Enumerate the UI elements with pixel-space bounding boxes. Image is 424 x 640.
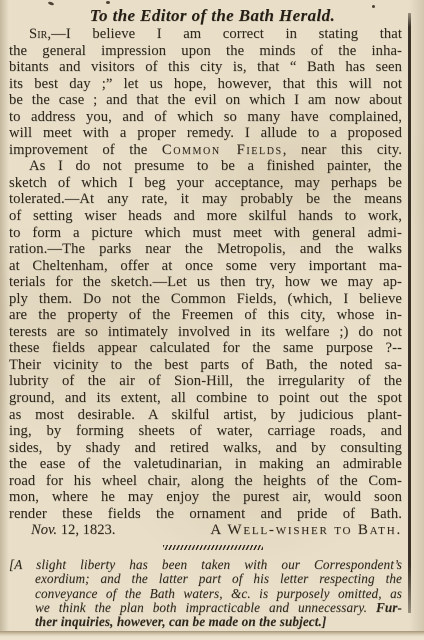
letter-line: be the case ; and that the evil on which… [9, 92, 402, 109]
letter-line: sketch of which I beg your acceptance, m… [9, 175, 402, 192]
editor-note-line: ther inquiries, however, can be made on … [9, 615, 402, 629]
letter-line: bitants and visitors of this city is, th… [9, 59, 402, 76]
letter-line: improvement of the Common Fields, near t… [9, 142, 402, 159]
paper-edge-bottom [0, 631, 424, 640]
editor-note-line: conveyance of the Bath waters, &c. is pu… [9, 587, 402, 601]
letter-body: Sir,—I believe I am correct in stating t… [9, 26, 402, 522]
letter-line: are the property of the Freemen of this … [9, 307, 402, 324]
letter-line: to address you, and of which so many hav… [9, 109, 402, 126]
letter-line: render these fields the ornament and pri… [9, 506, 402, 523]
editor-note-line: we think the plan both impracticable and… [9, 601, 402, 615]
letter-line: lubrity of the air of Sion-Hill, the irr… [9, 373, 402, 390]
section-divider-rule [163, 545, 263, 550]
letter-line: these fields appear calculated for the s… [9, 340, 402, 357]
letter-line: ing, by forming sheets of water, carriag… [9, 423, 402, 440]
letter-line: ply them. Do not the Common Fields, (whi… [9, 291, 402, 308]
letter-line: at Cheltenham, offer at once some very i… [9, 258, 402, 275]
letter-line: road for his wheel chair, along the heig… [9, 473, 402, 490]
letter-line: as most desirable. A skilful artist, by … [9, 407, 402, 424]
newspaper-clipping: To the Editor of the Bath Herald. Sir,—I… [0, 0, 424, 640]
column-rule [408, 13, 411, 613]
letter-line: its best day ;” let us hope, however, th… [9, 76, 402, 93]
signature-line: Nov. 12, 1823. A Well-wisher to Bath. [9, 522, 402, 539]
letter-line: the ease of the valetudinarian, in makin… [9, 456, 402, 473]
letter-date-rest: 12, 1823. [57, 522, 115, 538]
letter-line: terests are so intimately involved in it… [9, 324, 402, 341]
editor-note-line: [A slight liberty has been taken with ou… [9, 558, 402, 572]
letter-line: Their vicinity to the best parts of Bath… [9, 357, 402, 374]
letter-title: To the Editor of the Bath Herald. [23, 6, 402, 26]
letter-line: As I do not presume to be a finished pai… [9, 158, 402, 175]
letter-line: of setting wiser heads and more skilful … [9, 208, 402, 225]
letter-line: the general impression upon the minds of… [9, 43, 402, 60]
letter-line: will meet with a proper remedy. I allude… [9, 125, 402, 142]
letter-line: ration.—The parks near the Metropolis, a… [9, 241, 402, 258]
letter-line: tolerated.—At any rate, it may probably … [9, 191, 402, 208]
letter-content: To the Editor of the Bath Herald. Sir,—I… [9, 6, 402, 630]
editor-note: [A slight liberty has been taken with ou… [9, 558, 402, 630]
letter-line: ground, and its extent, all combine to p… [9, 390, 402, 407]
letter-line: to form a picture which must meet with g… [9, 225, 402, 242]
letter-line: sides, by shady and retired walks, and b… [9, 440, 402, 457]
letter-date: Nov. 12, 1823. [31, 522, 115, 539]
letter-line: terials for the sketch.—Let us then try,… [9, 274, 402, 291]
letter-line: Sir,—I believe I am correct in stating t… [9, 26, 402, 43]
ink-speck [106, 1, 110, 4]
letter-date-month: Nov. [31, 522, 57, 538]
letter-signature-name: A Well-wisher to Bath. [210, 522, 402, 539]
editor-note-line: exordium; and the latter part of his let… [9, 572, 402, 586]
letter-line: mon, where he may enjoy the purest air, … [9, 489, 402, 506]
